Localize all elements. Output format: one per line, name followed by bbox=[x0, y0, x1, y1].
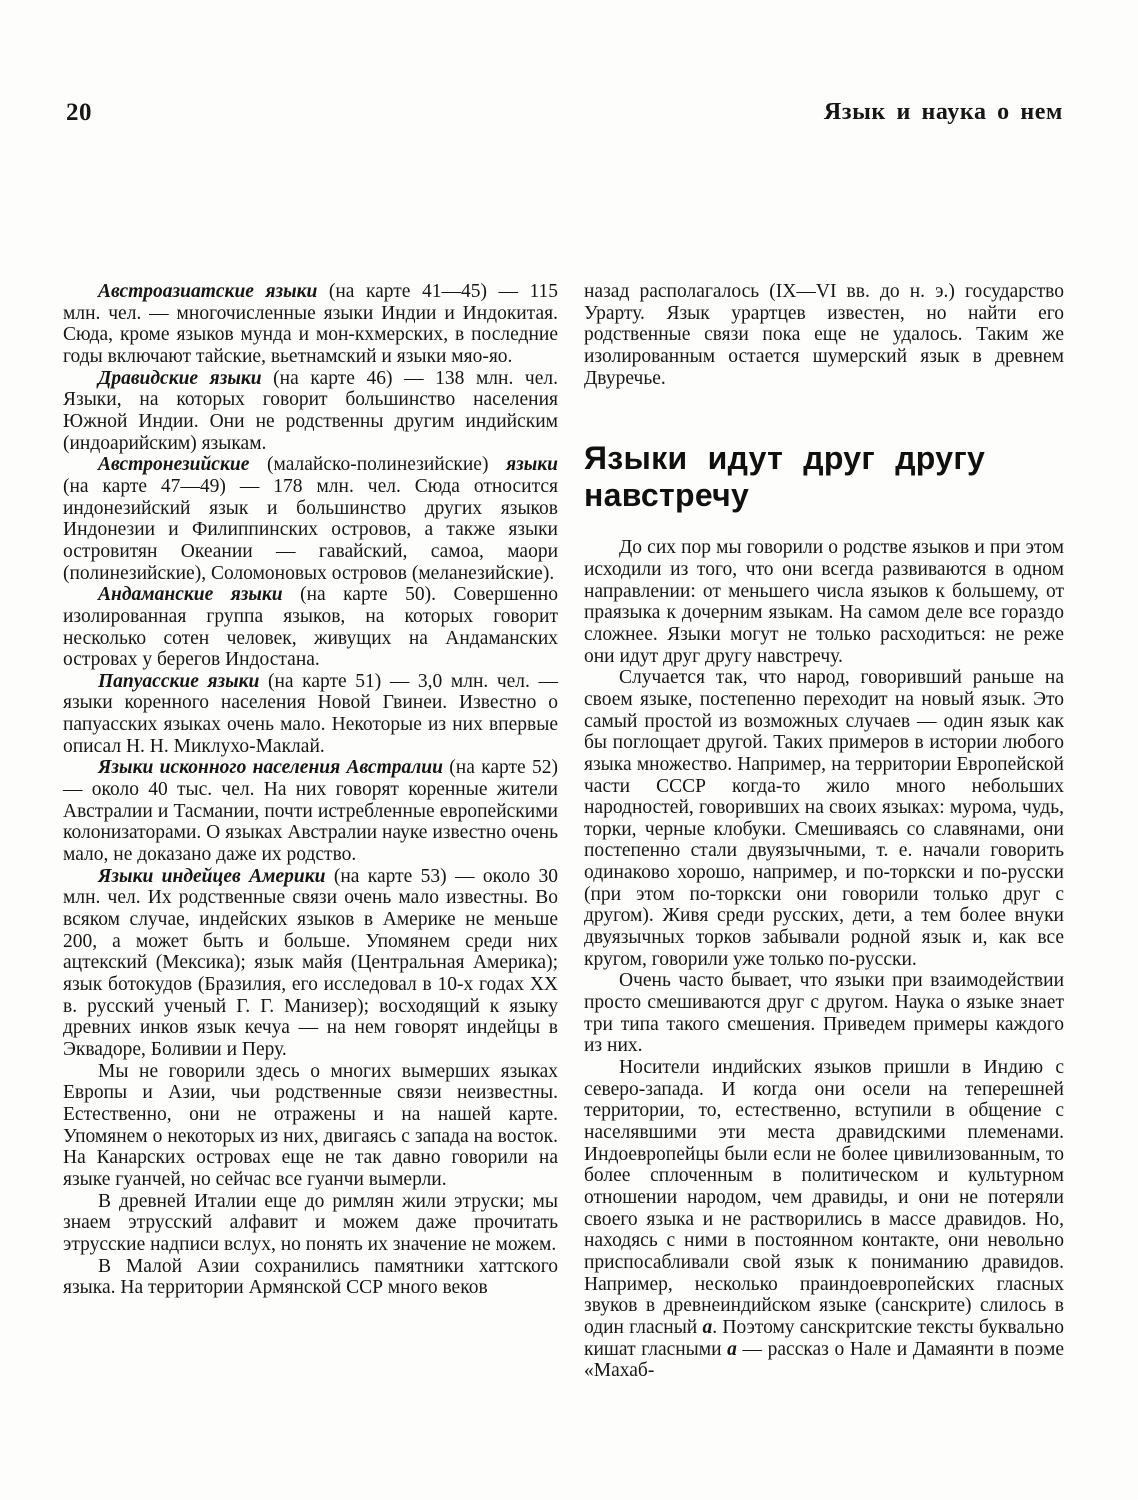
emphasized-text: Языки исконного населения Австралии bbox=[98, 757, 443, 778]
paragraph: Очень часто бывает, что языки при взаимо… bbox=[584, 970, 1064, 1057]
body-text: назад располагалось (IX—VI вв. до н. э.)… bbox=[584, 281, 1064, 389]
paragraph: Языки индейцев Америки (на карте 53) — о… bbox=[63, 866, 558, 1061]
left-column: Австроазиатские языки (на карте 41—45) —… bbox=[63, 281, 558, 1299]
emphasized-text: Папуасские языки bbox=[98, 671, 259, 692]
paragraph: Мы не говорили здесь о многих вымерших я… bbox=[63, 1061, 558, 1191]
right-column-body: До сих пор мы говорили о родстве языков … bbox=[584, 537, 1064, 1382]
paragraph: Дравидские языки (на карте 46) — 138 млн… bbox=[63, 368, 558, 455]
paragraph: Австронезийские (малайско-полинезийские)… bbox=[63, 454, 558, 584]
right-column-continuation: назад располагалось (IX—VI вв. до н. э.)… bbox=[584, 281, 1064, 389]
paragraph: До сих пор мы говорили о родстве языков … bbox=[584, 537, 1064, 667]
section-heading: Языки идут друг другу навстречу bbox=[584, 440, 1064, 514]
body-text: В Малой Азии сохранились памятники хаттс… bbox=[63, 1256, 558, 1299]
body-text: До сих пор мы говорили о родстве языков … bbox=[584, 537, 1064, 666]
right-column: назад располагалось (IX—VI вв. до н. э.)… bbox=[584, 281, 1064, 1382]
paragraph: В Малой Азии сохранились памятники хаттс… bbox=[63, 1256, 558, 1299]
paragraph: Носители индийских языков пришли в Индию… bbox=[584, 1057, 1064, 1382]
emphasized-text: языки bbox=[506, 454, 558, 475]
body-text: (малайско-полинезийские) bbox=[249, 454, 506, 475]
paragraph: Андаманские языки (на карте 50). Соверше… bbox=[63, 584, 558, 671]
body-text: (на карте 47—49) — 178 млн. чел. Сюда от… bbox=[63, 476, 558, 584]
body-text: Очень часто бывает, что языки при взаимо… bbox=[584, 970, 1064, 1056]
emphasized-text: Языки индейцев Америки bbox=[98, 866, 325, 887]
paragraph: В древней Италии еще до римлян жили этру… bbox=[63, 1191, 558, 1256]
emphasized-text: Австроазиатские языки bbox=[98, 281, 317, 302]
book-page: 20 Язык и наука о нем Австроазиатские яз… bbox=[0, 0, 1138, 1500]
running-head: Язык и наука о нем bbox=[824, 99, 1063, 126]
page-number: 20 bbox=[66, 99, 92, 127]
paragraph: Папуасские языки (на карте 51) — 3,0 млн… bbox=[63, 671, 558, 758]
body-text: Носители индийских языков пришли в Индию… bbox=[584, 1057, 1064, 1338]
emphasized-text: Дравидские языки bbox=[98, 368, 262, 389]
body-text: Мы не говорили здесь о многих вымерших я… bbox=[63, 1061, 558, 1190]
emphasized-text: Австронезийские bbox=[98, 454, 249, 475]
body-text: (на карте 53) — около 30 млн. чел. Их ро… bbox=[63, 866, 558, 1060]
body-text: В древней Италии еще до римлян жили этру… bbox=[63, 1191, 558, 1255]
emphasized-text: Андаманские языки bbox=[98, 584, 283, 605]
emphasized-text: а bbox=[703, 1317, 713, 1338]
body-text: Случается так, что народ, говоривший ран… bbox=[584, 667, 1064, 970]
paragraph: Случается так, что народ, говоривший ран… bbox=[584, 667, 1064, 970]
paragraph: назад располагалось (IX—VI вв. до н. э.)… bbox=[584, 281, 1064, 389]
paragraph: Языки исконного населения Австралии (на … bbox=[63, 757, 558, 865]
emphasized-text: а bbox=[727, 1339, 737, 1360]
paragraph: Австроазиатские языки (на карте 41—45) —… bbox=[63, 281, 558, 368]
